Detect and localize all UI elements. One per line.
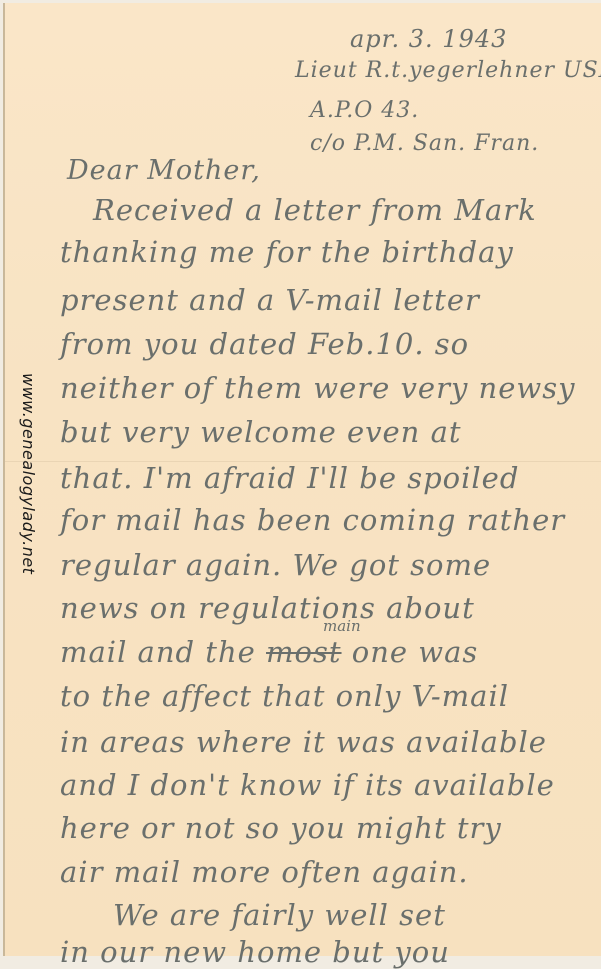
- salutation: Dear Mother,: [67, 155, 261, 186]
- body-line-4: from you dated Feb.10. so: [60, 327, 469, 361]
- body-line-3: present and a V-mail letter: [60, 283, 480, 317]
- body-line-16: air mail more often again.: [60, 855, 469, 889]
- body-line-14: and I don't know if its available: [60, 768, 555, 802]
- body-line-9: regular again. We got some: [60, 548, 491, 582]
- body-line-17: We are fairly well set: [113, 898, 446, 932]
- sender-apo: A.P.O 43.: [310, 98, 419, 123]
- line-11-end: one was: [352, 635, 479, 669]
- body-line-2: thanking me for the birthday: [60, 235, 514, 269]
- body-line-18: in our new home but you: [60, 935, 450, 960]
- body-line-15: here or not so you might try: [60, 811, 502, 845]
- body-line-5: neither of them were very newsy: [60, 371, 575, 405]
- body-line-1: Received a letter from Mark: [93, 193, 537, 227]
- watermark-text: www.genealogylady.net: [12, 373, 38, 595]
- body-line-6: but very welcome even at: [60, 415, 462, 449]
- body-line-10: news on regulations about: [60, 591, 475, 625]
- letter-date: apr. 3. 1943: [350, 25, 507, 53]
- body-line-13: in areas where it was available: [60, 725, 547, 759]
- body-line-8: for mail has been coming rather: [60, 503, 565, 537]
- body-line-11: mail and the most one was: [60, 635, 478, 669]
- body-line-12: to the affect that only V-mail: [60, 679, 509, 713]
- struck-word: most: [266, 635, 342, 669]
- inserted-word: main: [323, 617, 361, 635]
- sender-name: Lieut R.t.yegerlehner USNR: [295, 58, 601, 83]
- line-11-start: mail and the: [60, 635, 256, 669]
- sender-postmaster: c/o P.M. San. Fran.: [310, 131, 539, 156]
- body-line-7: that. I'm afraid I'll be spoiled: [60, 461, 519, 495]
- letter-page: apr. 3. 1943 Lieut R.t.yegerlehner USNR …: [3, 3, 601, 956]
